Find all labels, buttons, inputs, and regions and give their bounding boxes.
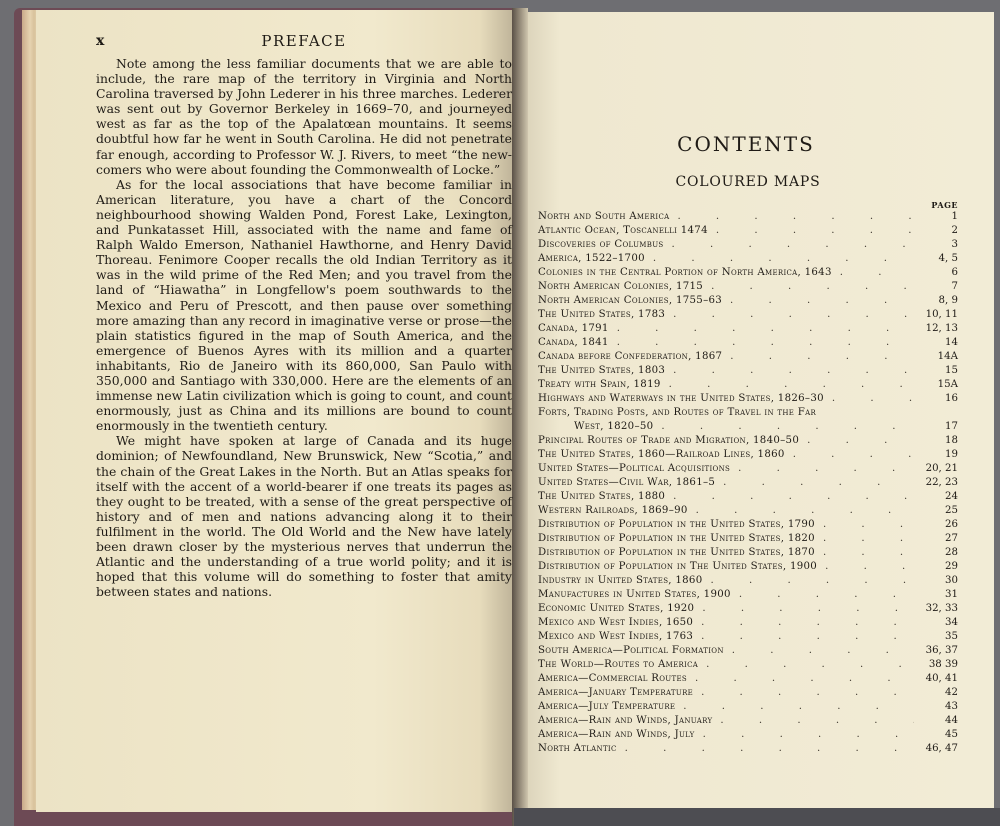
toc-entry-page: 16 (914, 392, 958, 406)
toc-entry-title: North American Colonies, 1755–63 (538, 294, 722, 308)
toc-entry-title-continued: West, 1820–50 (538, 420, 653, 434)
toc-entry: The United States, 1860—Railroad Lines, … (538, 448, 958, 462)
toc-entry-page: 40, 41 (914, 672, 958, 686)
toc-entry: North American Colonies, 1755–63. . . . … (538, 294, 958, 308)
toc-entry-page: 46, 47 (914, 742, 958, 756)
toc-entry: The World—Routes to America. . . . . . .… (538, 658, 958, 672)
dot-leader: . . . . . . . . . . . . . . . . . . . . (687, 672, 914, 686)
toc-entry-title: The World—Routes to America (538, 658, 698, 672)
dot-leader: . . . . . . . . . . . . . . . . . . . . (665, 364, 914, 378)
toc-entry-page: 12, 13 (914, 322, 958, 336)
toc-entry-page: 29 (914, 560, 958, 574)
dot-leader: . . . . . . . . . . . . . . . . . . . . (815, 532, 914, 546)
dot-leader: . . . . . . . . . . . . . . . . . . . . (698, 658, 914, 672)
dot-leader: . . . . . . . . . . . . . . . . . . . . (703, 280, 914, 294)
toc-entry-page: 6 (914, 266, 958, 280)
toc-entry: Distribution of Population in the United… (538, 518, 958, 532)
dot-leader: . . . . . . . . . . . . . . . . . . . . (815, 546, 914, 560)
toc-entry-title: America—January Temperature (538, 686, 693, 700)
toc-entry-title: Discoveries of Columbus (538, 238, 663, 252)
toc-entry-title: Canada, 1841 (538, 336, 609, 350)
toc-entry: The United States, 1783. . . . . . . . .… (538, 308, 958, 322)
dot-leader: . . . . . . . . . . . . . . . . . . . . (815, 518, 914, 532)
toc-entry-page: 35 (914, 630, 958, 644)
toc-entry: Mexico and West Indies, 1650. . . . . . … (538, 616, 958, 630)
toc-entry-page: 34 (914, 616, 958, 630)
dot-leader: . . . . . . . . . . . . . . . . . . . . (715, 476, 914, 490)
toc-entry-title: North American Colonies, 1715 (538, 280, 703, 294)
preface-paragraph: Note among the less familiar documents t… (96, 56, 512, 177)
toc-entry-title: Principal Routes of Trade and Migration,… (538, 434, 799, 448)
toc-entry-page: 14 (914, 336, 958, 350)
dot-leader: . . . . . . . . . . . . . . . . . . . . (799, 434, 914, 448)
page-column-label: PAGE (538, 200, 958, 210)
toc-entry: America—July Temperature. . . . . . . . … (538, 700, 958, 714)
toc-entry-title: Mexico and West Indies, 1763 (538, 630, 693, 644)
dot-leader: . . . . . . . . . . . . . . . . . . . . (695, 728, 914, 742)
toc-entry: Colonies in the Central Portion of North… (538, 266, 958, 280)
toc-entry-title: America, 1522–1700 (538, 252, 645, 266)
toc-entry: Manufactures in United States, 1900. . .… (538, 588, 958, 602)
dot-leader: . . . . . . . . . . . . . . . . . . . . (661, 378, 914, 392)
toc-entry: America—January Temperature. . . . . . .… (538, 686, 958, 700)
preface-paragraph: We might have spoken at large of Canada … (96, 433, 512, 599)
dot-leader: . . . . . . . . . . . . . . . . . . . . (824, 392, 914, 406)
toc-entry: Distribution of Population in The United… (538, 560, 958, 574)
toc-entry-title: Mexico and West Indies, 1650 (538, 616, 693, 630)
toc-entry-page: 25 (914, 504, 958, 518)
dot-leader: . . . . . . . . . . . . . . . . . . . . (688, 504, 914, 518)
toc-entry-title: The United States, 1803 (538, 364, 665, 378)
toc-entry: Distribution of Population in the United… (538, 546, 958, 560)
dot-leader: . . . . . . . . . . . . . . . . . . . . (693, 616, 914, 630)
toc-entry: Highways and Waterways in the United Sta… (538, 392, 958, 406)
toc-entry-page: 20, 21 (914, 462, 958, 476)
toc-entry-title: Economic United States, 1920 (538, 602, 694, 616)
dot-leader: . . . . . . . . . . . . . . . . . . . . (675, 700, 914, 714)
toc-entry: Principal Routes of Trade and Migration,… (538, 434, 958, 448)
dot-leader: . . . . . . . . . . . . . . . . . . . . (785, 448, 914, 462)
scan-background (514, 808, 1000, 826)
toc-entry-page: 22, 23 (914, 476, 958, 490)
toc-entry: America, 1522–1700. . . . . . . . . . . … (538, 252, 958, 266)
dot-leader: . . . . . . . . . . . . . . . . . . . . (669, 210, 914, 224)
toc-entry: Treaty with Spain, 1819. . . . . . . . .… (538, 378, 958, 392)
dot-leader: . . . . . . . . . . . . . . . . . . . . (703, 574, 915, 588)
toc-entry-title: Treaty with Spain, 1819 (538, 378, 661, 392)
dot-leader: . . . . . . . . . . . . . . . . . . . . (724, 644, 914, 658)
dot-leader: . . . . . . . . . . . . . . . . . . . . (665, 308, 914, 322)
toc-entry-title: The United States, 1860—Railroad Lines, … (538, 448, 785, 462)
toc-entry-title: South America—Political Formation (538, 644, 724, 658)
toc-entry-page: 28 (914, 546, 958, 560)
toc-entry-title: Distribution of Population in the United… (538, 546, 815, 560)
toc-entry-page: 15A (914, 378, 958, 392)
toc-entry: Western Railroads, 1869–90. . . . . . . … (538, 504, 958, 518)
toc-entry-title: Colonies in the Central Portion of North… (538, 266, 832, 280)
toc-entry: North and South America. . . . . . . . .… (538, 210, 958, 224)
toc-entry-title: Atlantic Ocean, Toscanelli 1474 (538, 224, 708, 238)
toc-entry: Forts, Trading Posts, and Routes of Trav… (538, 406, 958, 434)
dot-leader: . . . . . . . . . . . . . . . . . . . . (730, 462, 914, 476)
toc-entry-title: Forts, Trading Posts, and Routes of Trav… (538, 406, 958, 420)
toc-entry-page: 3 (914, 238, 958, 252)
toc-entry-title: Canada, 1791 (538, 322, 609, 336)
section-heading: COLOURED MAPS (538, 174, 958, 190)
toc-entry-page: 43 (914, 700, 958, 714)
toc-entry: Mexico and West Indies, 1763. . . . . . … (538, 630, 958, 644)
toc-entry-page: 4, 5 (914, 252, 958, 266)
toc-entry-title: America—Commercial Routes (538, 672, 687, 686)
preface-text: x PREFACE Note among the less familiar d… (96, 34, 512, 599)
toc-entry-title: The United States, 1783 (538, 308, 665, 322)
toc-entry: North American Colonies, 1715. . . . . .… (538, 280, 958, 294)
book-gutter (512, 8, 528, 826)
dot-leader: . . . . . . . . . . . . . . . . . . . . (663, 238, 914, 252)
toc-entry-title: America—Rain and Winds, July (538, 728, 695, 742)
toc-entry-page: 10, 11 (914, 308, 958, 322)
toc-entry-page: 14A (914, 350, 958, 364)
toc-entry: United States—Political Acquisitions. . … (538, 462, 958, 476)
toc-entry: Economic United States, 1920. . . . . . … (538, 602, 958, 616)
toc-entry: Atlantic Ocean, Toscanelli 1474. . . . .… (538, 224, 958, 238)
toc-entry: Distribution of Population in the United… (538, 532, 958, 546)
dot-leader: . . . . . . . . . . . . . . . . . . . . (731, 588, 914, 602)
toc-entry-title: Industry in United States, 1860 (538, 574, 703, 588)
toc-entry: Canada, 1791. . . . . . . . . . . . . . … (538, 322, 958, 336)
toc-entry-page: 30 (914, 574, 958, 588)
toc-entry: The United States, 1880. . . . . . . . .… (538, 490, 958, 504)
dot-leader: . . . . . . . . . . . . . . . . . . . . (693, 630, 914, 644)
toc-entry: The United States, 1803. . . . . . . . .… (538, 364, 958, 378)
toc-entry-title: United States—Political Acquisitions (538, 462, 730, 476)
toc-entry-title: Distribution of Population in The United… (538, 560, 817, 574)
toc-entry-page: 8, 9 (914, 294, 958, 308)
toc-entry-page: 36, 37 (914, 644, 958, 658)
toc-entry: America—Rain and Winds, January. . . . .… (538, 714, 958, 728)
toc-entry-title: Distribution of Population in the United… (538, 518, 815, 532)
dot-leader: . . . . . . . . . . . . . . . . . . . . (722, 350, 914, 364)
toc-entry-page: 31 (914, 588, 958, 602)
toc-entry-page: 44 (914, 714, 958, 728)
dot-leader: . . . . . . . . . . . . . . . . . . . . (694, 602, 914, 616)
toc-list: North and South America. . . . . . . . .… (538, 210, 958, 756)
toc-entry-title: Highways and Waterways in the United Sta… (538, 392, 824, 406)
toc-entry: Canada, 1841. . . . . . . . . . . . . . … (538, 336, 958, 350)
toc-entry-title: United States—Civil War, 1861–5 (538, 476, 715, 490)
toc-entry-page: 27 (914, 532, 958, 546)
toc-entry-page: 2 (914, 224, 958, 238)
dot-leader: . . . . . . . . . . . . . . . . . . . . (832, 266, 914, 280)
toc-entry: North Atlantic. . . . . . . . . . . . . … (538, 742, 958, 756)
dot-leader: . . . . . . . . . . . . . . . . . . . . (609, 322, 914, 336)
dot-leader: . . . . . . . . . . . . . . . . (653, 420, 914, 434)
toc-entry-page: 26 (914, 518, 958, 532)
toc-entry-title: Western Railroads, 1869–90 (538, 504, 688, 518)
toc-entry-page: 1 (914, 210, 958, 224)
toc-entry: America—Commercial Routes. . . . . . . .… (538, 672, 958, 686)
toc-entry-page: 17 (914, 420, 958, 434)
dot-leader: . . . . . . . . . . . . . . . . . . . . (722, 294, 914, 308)
toc-entry: South America—Political Formation. . . .… (538, 644, 958, 658)
toc-entry-title: America—July Temperature (538, 700, 675, 714)
toc-entry-page: 7 (914, 280, 958, 294)
toc-entry-title: Distribution of Population in the United… (538, 532, 815, 546)
toc-entry: Canada before Confederation, 1867. . . .… (538, 350, 958, 364)
toc-entry-title: The United States, 1880 (538, 490, 665, 504)
toc-entry: United States—Civil War, 1861–5. . . . .… (538, 476, 958, 490)
toc-entry-page: 19 (914, 448, 958, 462)
toc-entry-title: Canada before Confederation, 1867 (538, 350, 722, 364)
dot-leader: . . . . . . . . . . . . . . . . . . . . (693, 686, 914, 700)
toc-entry-page: 15 (914, 364, 958, 378)
preface-paragraph: As for the local associations that have … (96, 177, 512, 434)
dot-leader: . . . . . . . . . . . . . . . . . . . . (665, 490, 914, 504)
toc-entry-title: North Atlantic (538, 742, 617, 756)
toc-entry-page: 24 (914, 490, 958, 504)
toc-entry-title: Manufactures in United States, 1900 (538, 588, 731, 602)
toc-entry-page: 38 39 (914, 658, 958, 672)
contents-section: CONTENTS COLOURED MAPS PAGE North and So… (538, 132, 958, 756)
dot-leader: . . . . . . . . . . . . . . . . . . . . (609, 336, 914, 350)
dot-leader: . . . . . . . . . . . . . . . . . . . . (617, 742, 914, 756)
toc-entry-title: North and South America (538, 210, 669, 224)
dot-leader: . . . . . . . . . . . . . . . . . . . . (645, 252, 914, 266)
toc-entry: America—Rain and Winds, July. . . . . . … (538, 728, 958, 742)
page-title: PREFACE (96, 34, 512, 49)
dot-leader: . . . . . . . . . . . . . . . . . . . . (817, 560, 914, 574)
toc-entry-page: 32, 33 (914, 602, 958, 616)
toc-entry-page: 45 (914, 728, 958, 742)
toc-entry: Industry in United States, 1860. . . . .… (538, 574, 958, 588)
dot-leader: . . . . . . . . . . . . . . . . . . . . (708, 224, 914, 238)
toc-entry: Discoveries of Columbus. . . . . . . . .… (538, 238, 958, 252)
toc-entry-page: 18 (914, 434, 958, 448)
toc-entry-page: 42 (914, 686, 958, 700)
toc-entry-title: America—Rain and Winds, January (538, 714, 712, 728)
dot-leader: . . . . . . . . . . . . . . . . . . . . (712, 714, 914, 728)
contents-heading: CONTENTS (534, 132, 958, 156)
running-head: x PREFACE (96, 34, 512, 56)
